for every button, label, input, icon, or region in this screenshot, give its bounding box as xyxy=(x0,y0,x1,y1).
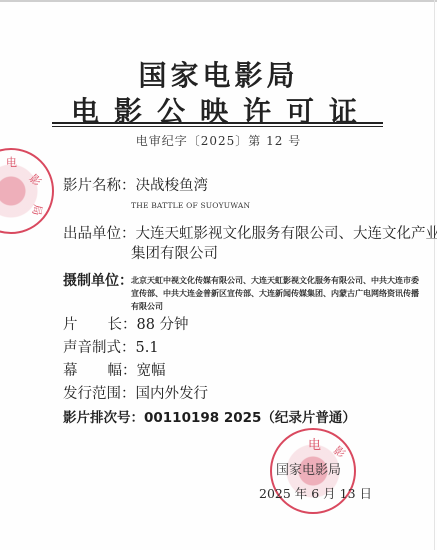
sound-format-label: 声音制式： xyxy=(63,336,136,357)
issue-date: 2025 年 6 月 13 日 xyxy=(259,484,372,502)
field-length: 片长：88 分钟 xyxy=(63,313,189,334)
license-document: 电 影 局 国家电影局 电影公映许可证 电审纪字〔2025〕第 12 号 影片名… xyxy=(0,0,437,550)
page-top-edge xyxy=(0,0,437,2)
field-production-unit: 摄制单位： xyxy=(63,270,133,290)
field-producer: 出品单位：大连天虹影视文化服务有限公司、大连文化产业 xyxy=(63,222,437,243)
sound-format-value: 5.1 xyxy=(136,340,159,356)
producer-label: 出品单位： xyxy=(63,222,136,243)
screen-value: 宽幅 xyxy=(137,359,166,380)
screen-label-a: 幕 xyxy=(63,359,78,380)
production-unit-value: 北京天虹中视文化传媒有限公司、大连天虹影视文化服务有限公司、中共大连市委宣传部、… xyxy=(131,274,421,313)
length-label-a: 片 xyxy=(63,313,78,334)
distribution-scope-value: 国内外发行 xyxy=(136,382,209,403)
seal-char: 电 xyxy=(6,154,17,170)
field-serial-number: 影片排次号：00110198 2025（纪录片普通） xyxy=(63,406,356,426)
seal-char: 影 xyxy=(26,170,45,189)
film-title-english: THE BATTLE OF SUOYUWAN xyxy=(131,201,250,210)
field-film-title: 影片名称：决战梭鱼湾 xyxy=(63,174,208,195)
production-unit-label: 摄制单位： xyxy=(63,270,133,290)
distribution-scope-label: 发行范围： xyxy=(63,382,136,403)
serial-number-label: 影片排次号： xyxy=(63,406,144,426)
field-distribution-scope: 发行范围：国内外发行 xyxy=(63,382,208,403)
producer-value-line2: 集团有限公司 xyxy=(131,242,218,263)
length-label-b: 长： xyxy=(108,313,137,334)
seal-char: 电 xyxy=(308,434,321,453)
film-title-label: 影片名称： xyxy=(63,174,136,195)
length-value: 88 分钟 xyxy=(137,313,189,334)
producer-value-line1: 大连天虹影视文化服务有限公司、大连文化产业 xyxy=(136,222,437,243)
film-title-value: 决战梭鱼湾 xyxy=(136,174,209,195)
document-number: 电审纪字〔2025〕第 12 号 xyxy=(0,132,437,149)
issuing-organization: 国家电影局 xyxy=(276,459,341,478)
title-double-rule xyxy=(52,122,383,127)
field-screen: 幕幅：宽幅 xyxy=(63,359,166,380)
screen-label-b: 幅： xyxy=(108,359,137,380)
seal-char: 局 xyxy=(29,203,47,217)
agency-title: 国家电影局 xyxy=(0,54,437,94)
field-sound-format: 声音制式：5.1 xyxy=(63,336,159,357)
serial-number-value: 00110198 2025（纪录片普通） xyxy=(144,406,356,426)
seal-stamp-left: 电 影 局 xyxy=(0,148,54,234)
